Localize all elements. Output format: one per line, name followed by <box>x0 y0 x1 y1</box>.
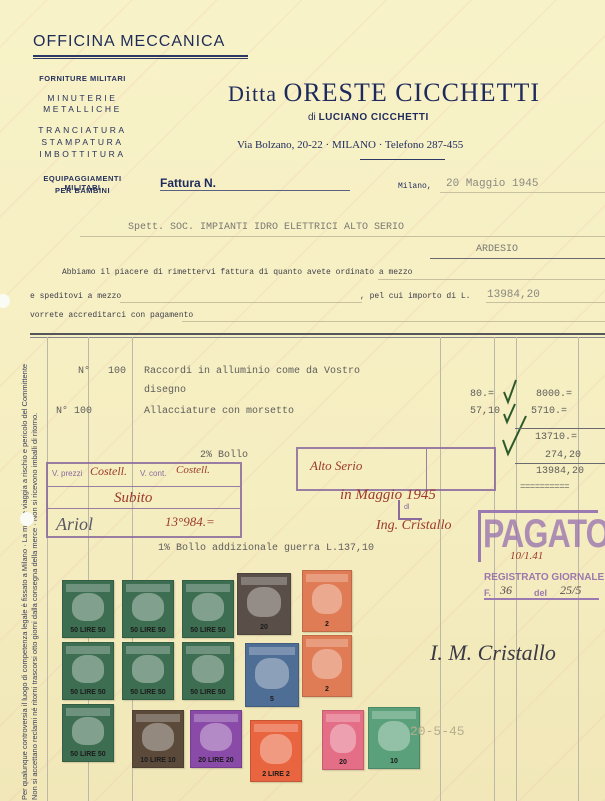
cancel-mark: 20-5-45 <box>410 724 465 739</box>
invoice-document: OFFICINA MECCANICA FORNITURE MILITARI MI… <box>0 0 605 801</box>
intro-line-1: Abbiamo il piacere di rimettervi fattura… <box>62 268 412 277</box>
recipient-name: Spett. SOC. IMPIANTI IDRO ELETTRICI ALTO… <box>128 222 404 233</box>
fill-line <box>486 302 605 303</box>
intro-amount: 13984,20 <box>487 289 540 301</box>
stamp-value: 2 <box>303 686 351 693</box>
recipient-city: ARDESIO <box>476 244 518 255</box>
stamp-value: 10 <box>369 758 419 765</box>
portrait-icon <box>132 593 164 621</box>
stamp-value: 2 <box>303 621 351 628</box>
item-qty: 100 <box>74 406 92 417</box>
total-double-rule: ========== <box>520 482 569 492</box>
revenue-stamp: 20 <box>322 710 364 770</box>
service-item: PER BAMBINI <box>30 186 135 195</box>
owner-prefix: di <box>308 112 316 123</box>
table-top-rule <box>30 337 605 338</box>
item-desc: Allacciature con morsetto <box>144 406 294 417</box>
portrait-icon <box>192 593 224 621</box>
stamp-value: 10 LIRE 10 <box>133 757 183 764</box>
intro-line-3: vorrete accreditarci con pagamento <box>30 311 193 320</box>
date-line <box>440 192 605 193</box>
stamp-banner <box>306 639 348 647</box>
stamp-banner <box>136 714 180 722</box>
prezzi-label: V. prezzi <box>52 469 82 478</box>
side-note-line2: Non si accettano reclami né ritorni tras… <box>30 413 39 800</box>
approver-signature: Ariol <box>56 514 93 535</box>
stamp-center-line1: Alto Serio <box>310 458 362 474</box>
city-rule <box>430 258 605 259</box>
stamp-value: 50 LIRE 50 <box>123 689 173 696</box>
header-rule <box>33 58 248 59</box>
subtotal: 13710.= <box>535 432 577 443</box>
stamp-banner <box>194 714 238 722</box>
stamp-banner <box>372 711 416 719</box>
registro-del-label: del <box>534 588 547 598</box>
approved-amount: 13°984.= <box>165 514 215 530</box>
payment-term: Subito <box>114 490 152 507</box>
stamp-rule <box>48 508 240 509</box>
portrait-icon <box>72 717 104 745</box>
cont-label: V. cont. <box>140 469 166 478</box>
invoice-number-line <box>160 190 350 191</box>
stamp-rule <box>48 486 240 487</box>
portrait-icon <box>72 655 104 683</box>
paid-stamp-rule <box>484 598 599 600</box>
firm-title: Ditta ORESTE CICCHETTI <box>228 78 540 108</box>
paid-stamp-title: PAGATO <box>483 512 605 557</box>
portrait-icon <box>142 723 174 751</box>
service-item: MINUTERIE <box>30 93 135 104</box>
side-note-line1: Per qualunque controversia il luogo di c… <box>20 364 29 800</box>
stamp-banner <box>306 574 348 582</box>
registro-f-value: 36 <box>500 583 512 598</box>
service-item: TRANCIATURA <box>30 125 135 136</box>
grand-total: 13984,20 <box>536 466 584 477</box>
subtotal-rule <box>515 428 605 429</box>
portrait-icon <box>312 649 343 679</box>
portrait-icon <box>247 587 280 617</box>
check-marks-icon <box>500 378 530 468</box>
stamp-value: 2 LIRE 2 <box>251 771 301 778</box>
punch-hole <box>20 512 34 526</box>
stamp-value: 20 LIRE 20 <box>191 757 241 764</box>
stamp-banner <box>241 577 287 585</box>
stamp-value: 50 LIRE 50 <box>63 627 113 634</box>
invoice-label: Fattura N. <box>160 176 216 190</box>
stamp-value: 20 <box>323 759 363 766</box>
stamp-value: 50 LIRE 50 <box>183 689 233 696</box>
revenue-stamp: 20 <box>237 573 291 635</box>
firm-name: ORESTE CICCHETTI <box>284 78 541 107</box>
item-qty: 100 <box>108 366 126 377</box>
company-type: OFFICINA MECCANICA <box>33 33 225 51</box>
cont-value: Costell. <box>176 464 210 476</box>
firm-prefix: Ditta <box>228 81 277 106</box>
header-rule <box>33 55 248 57</box>
revenue-stamp: 10 LIRE 10 <box>132 710 184 768</box>
prezzi-value: Costell. <box>90 464 127 479</box>
paid-date: 10/1.41 <box>510 550 543 562</box>
recipient-line <box>80 236 605 237</box>
item-price: 80.= <box>470 389 494 400</box>
stamp-value: 50 LIRE 50 <box>183 627 233 634</box>
address-line: Via Bolzano, 20-22 · MILANO · Telefono 2… <box>237 139 463 151</box>
bottom-signature: I. M. Cristallo <box>430 640 556 666</box>
owner-line: di LUCIANO CICCHETTI <box>308 112 429 123</box>
item-desc-cont: disegno <box>144 385 186 396</box>
portrait-icon <box>330 724 356 753</box>
registro-label: REGISTRATO GIORNALE <box>484 572 604 583</box>
stamp-banner <box>326 714 360 722</box>
portrait-icon <box>200 723 232 751</box>
item-desc: Raccordi in alluminio come da Vostro <box>144 366 360 377</box>
column-divider <box>578 337 579 801</box>
service-item: STAMPATURA <box>30 137 135 148</box>
revenue-stamp: 50 LIRE 50 <box>62 580 114 638</box>
revenue-stamp: 2 LIRE 2 <box>250 720 302 782</box>
paid-stamp-rule <box>478 510 481 562</box>
item-no-label: N° <box>56 406 68 417</box>
revenue-stamp: 50 LIRE 50 <box>182 580 234 638</box>
service-item: FORNITURE MILITARI <box>30 74 135 83</box>
stamp-banner <box>186 646 230 654</box>
stamp-banner <box>66 708 110 716</box>
revenue-stamp: 20 LIRE 20 <box>190 710 242 768</box>
stamp-banner <box>66 584 110 592</box>
stamp-banner <box>126 584 170 592</box>
bollo-amount: 274,20 <box>545 450 581 461</box>
revenue-stamp: 50 LIRE 50 <box>62 704 114 762</box>
revenue-stamp: 2 <box>302 570 352 632</box>
center-signature: Ing. Cristallo <box>376 518 451 534</box>
item-total: 5710.= <box>531 406 567 417</box>
revenue-stamp: 5 <box>245 643 299 707</box>
revenue-stamp: 50 LIRE 50 <box>62 642 114 700</box>
total-rule <box>515 463 605 464</box>
fill-line <box>182 321 605 322</box>
revenue-stamp: 50 LIRE 50 <box>182 642 234 700</box>
invoice-date: 20 Maggio 1945 <box>446 178 538 190</box>
stamp-center-small: dl <box>404 504 409 511</box>
portrait-icon <box>260 734 292 764</box>
stamp-banner <box>66 646 110 654</box>
revenue-stamp: 50 LIRE 50 <box>122 580 174 638</box>
item-no-label: N° <box>78 366 90 377</box>
stamp-value: 20 <box>238 624 290 631</box>
portrait-icon <box>72 593 104 621</box>
registro-f-label: F. <box>484 588 491 598</box>
service-item: IMBOTTITURA <box>30 149 135 160</box>
portrait-icon <box>312 584 343 614</box>
intro-line-2: e speditovi a mezzo <box>30 292 121 301</box>
stamp-value: 5 <box>246 696 298 703</box>
intro-line-2-mid: , pel cui importo di L. <box>360 292 470 301</box>
address-rule <box>360 159 445 160</box>
table-top-rule <box>30 333 605 335</box>
stamp-banner <box>249 647 295 655</box>
place-label: Milano, <box>398 182 432 191</box>
punch-hole <box>0 294 10 308</box>
bollo-label: 2% Bollo <box>200 450 248 461</box>
portrait-icon <box>378 721 410 751</box>
portrait-icon <box>192 655 224 683</box>
revenue-stamp: 50 LIRE 50 <box>122 642 174 700</box>
stamp-value: 50 LIRE 50 <box>63 751 113 758</box>
stamp-divider <box>426 449 427 489</box>
owner-name: LUCIANO CICCHETTI <box>319 112 429 123</box>
stamp-value: 50 LIRE 50 <box>123 627 173 634</box>
stamp-banner <box>254 724 298 732</box>
stamp-bracket <box>398 500 422 520</box>
stamp-banner <box>186 584 230 592</box>
side-note: Per qualunque controversia il luogo di c… <box>20 330 50 800</box>
registro-del-value: 25/5 <box>560 583 581 598</box>
portrait-icon <box>132 655 164 683</box>
stamp-banner <box>126 646 170 654</box>
item-price: 57,10 <box>470 406 500 417</box>
stamp-value: 50 LIRE 50 <box>63 689 113 696</box>
portrait-icon <box>255 658 288 689</box>
revenue-stamp: 2 <box>302 635 352 697</box>
bollo-addizionale: 1% Bollo addizionale guerra L.137,10 <box>158 543 374 554</box>
item-total: 8000.= <box>536 389 572 400</box>
fill-line <box>120 302 362 303</box>
fill-line <box>378 279 605 280</box>
service-item: METALLICHE <box>30 104 135 115</box>
